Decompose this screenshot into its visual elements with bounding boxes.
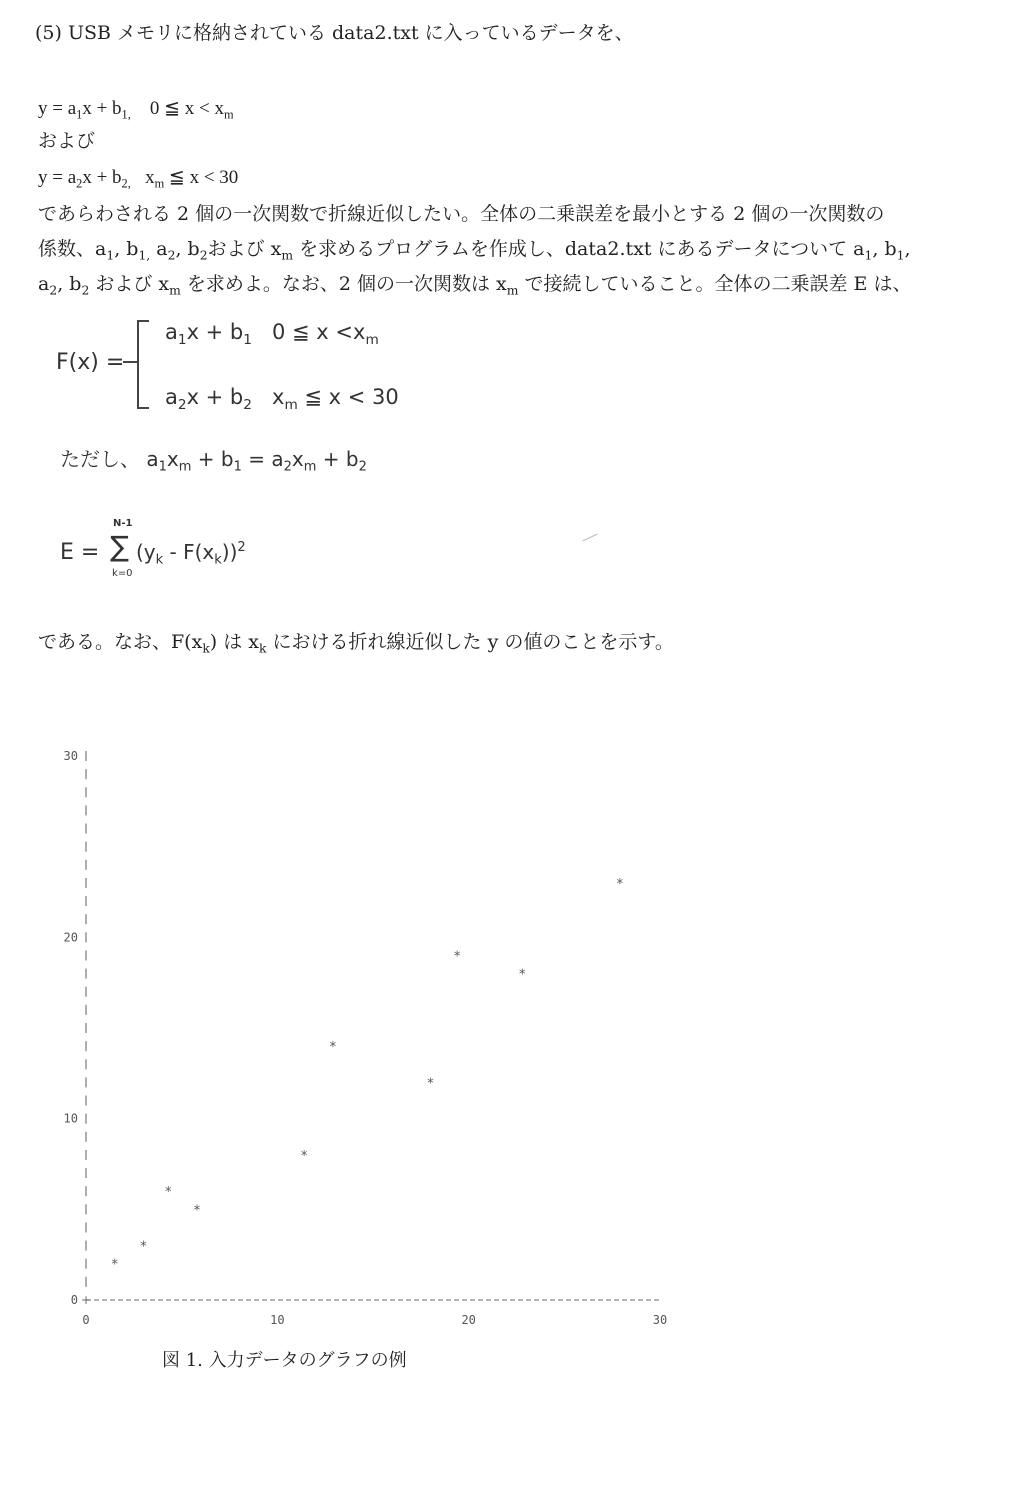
- svg-text:*: *: [165, 1185, 172, 1200]
- y-axis: 0102030: [64, 749, 86, 1307]
- svg-text:*: *: [617, 877, 624, 892]
- svg-text:*: *: [194, 1203, 201, 1218]
- svg-text:*: *: [427, 1076, 434, 1091]
- svg-text:20: 20: [461, 1313, 475, 1327]
- svg-text:0: 0: [82, 1313, 89, 1327]
- svg-text:30: 30: [64, 749, 78, 763]
- svg-text:*: *: [111, 1258, 118, 1273]
- scatter-chart: 0102030 +0102030 **********: [0, 0, 1024, 1500]
- svg-text:0: 0: [71, 1293, 78, 1307]
- svg-text:*: *: [301, 1149, 308, 1164]
- svg-text:30: 30: [653, 1313, 667, 1327]
- svg-text:+: +: [81, 1293, 91, 1307]
- svg-text:20: 20: [64, 930, 78, 944]
- data-points: **********: [111, 877, 623, 1273]
- svg-text:10: 10: [270, 1313, 284, 1327]
- svg-text:*: *: [519, 968, 526, 983]
- svg-text:*: *: [454, 949, 461, 964]
- x-axis: +0102030: [81, 1293, 667, 1327]
- svg-text:*: *: [140, 1240, 147, 1255]
- svg-text:*: *: [330, 1040, 337, 1055]
- figure-caption: 図 1. 入力データのグラフの例: [162, 1352, 407, 1370]
- svg-text:10: 10: [64, 1112, 78, 1126]
